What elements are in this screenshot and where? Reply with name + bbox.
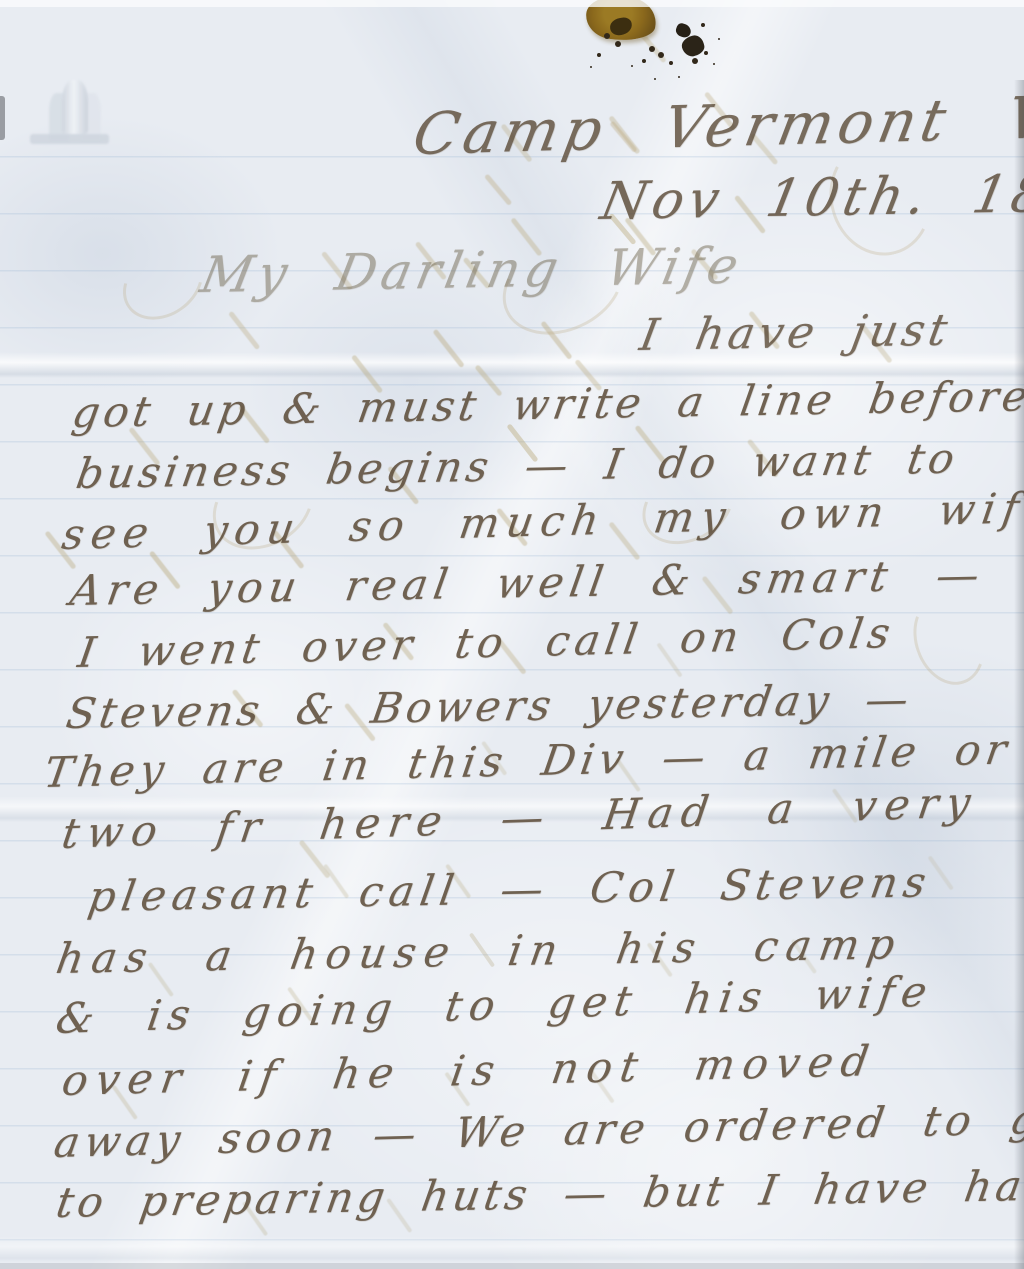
embossed-seal-building-icon	[62, 80, 88, 134]
letter-opening-line: I have just	[636, 305, 955, 361]
letter-salutation: My Darling Wife	[196, 237, 748, 304]
scan-edge-left-mark	[0, 96, 5, 140]
letter-date-line: Nov 10th. 1862	[596, 163, 1024, 232]
letter-scan-page: Camp Vermont Va Nov 10th. 1862 My Darlin…	[0, 0, 1024, 1269]
scan-edge-right	[1014, 80, 1024, 1269]
embossed-seal	[26, 74, 118, 152]
ink-specks	[604, 33, 610, 39]
scan-edge-bottom	[0, 1263, 1024, 1269]
embossed-seal-base	[30, 134, 109, 144]
fold-crease-bottom	[0, 1236, 1024, 1262]
scan-edge-top	[0, 0, 1024, 7]
